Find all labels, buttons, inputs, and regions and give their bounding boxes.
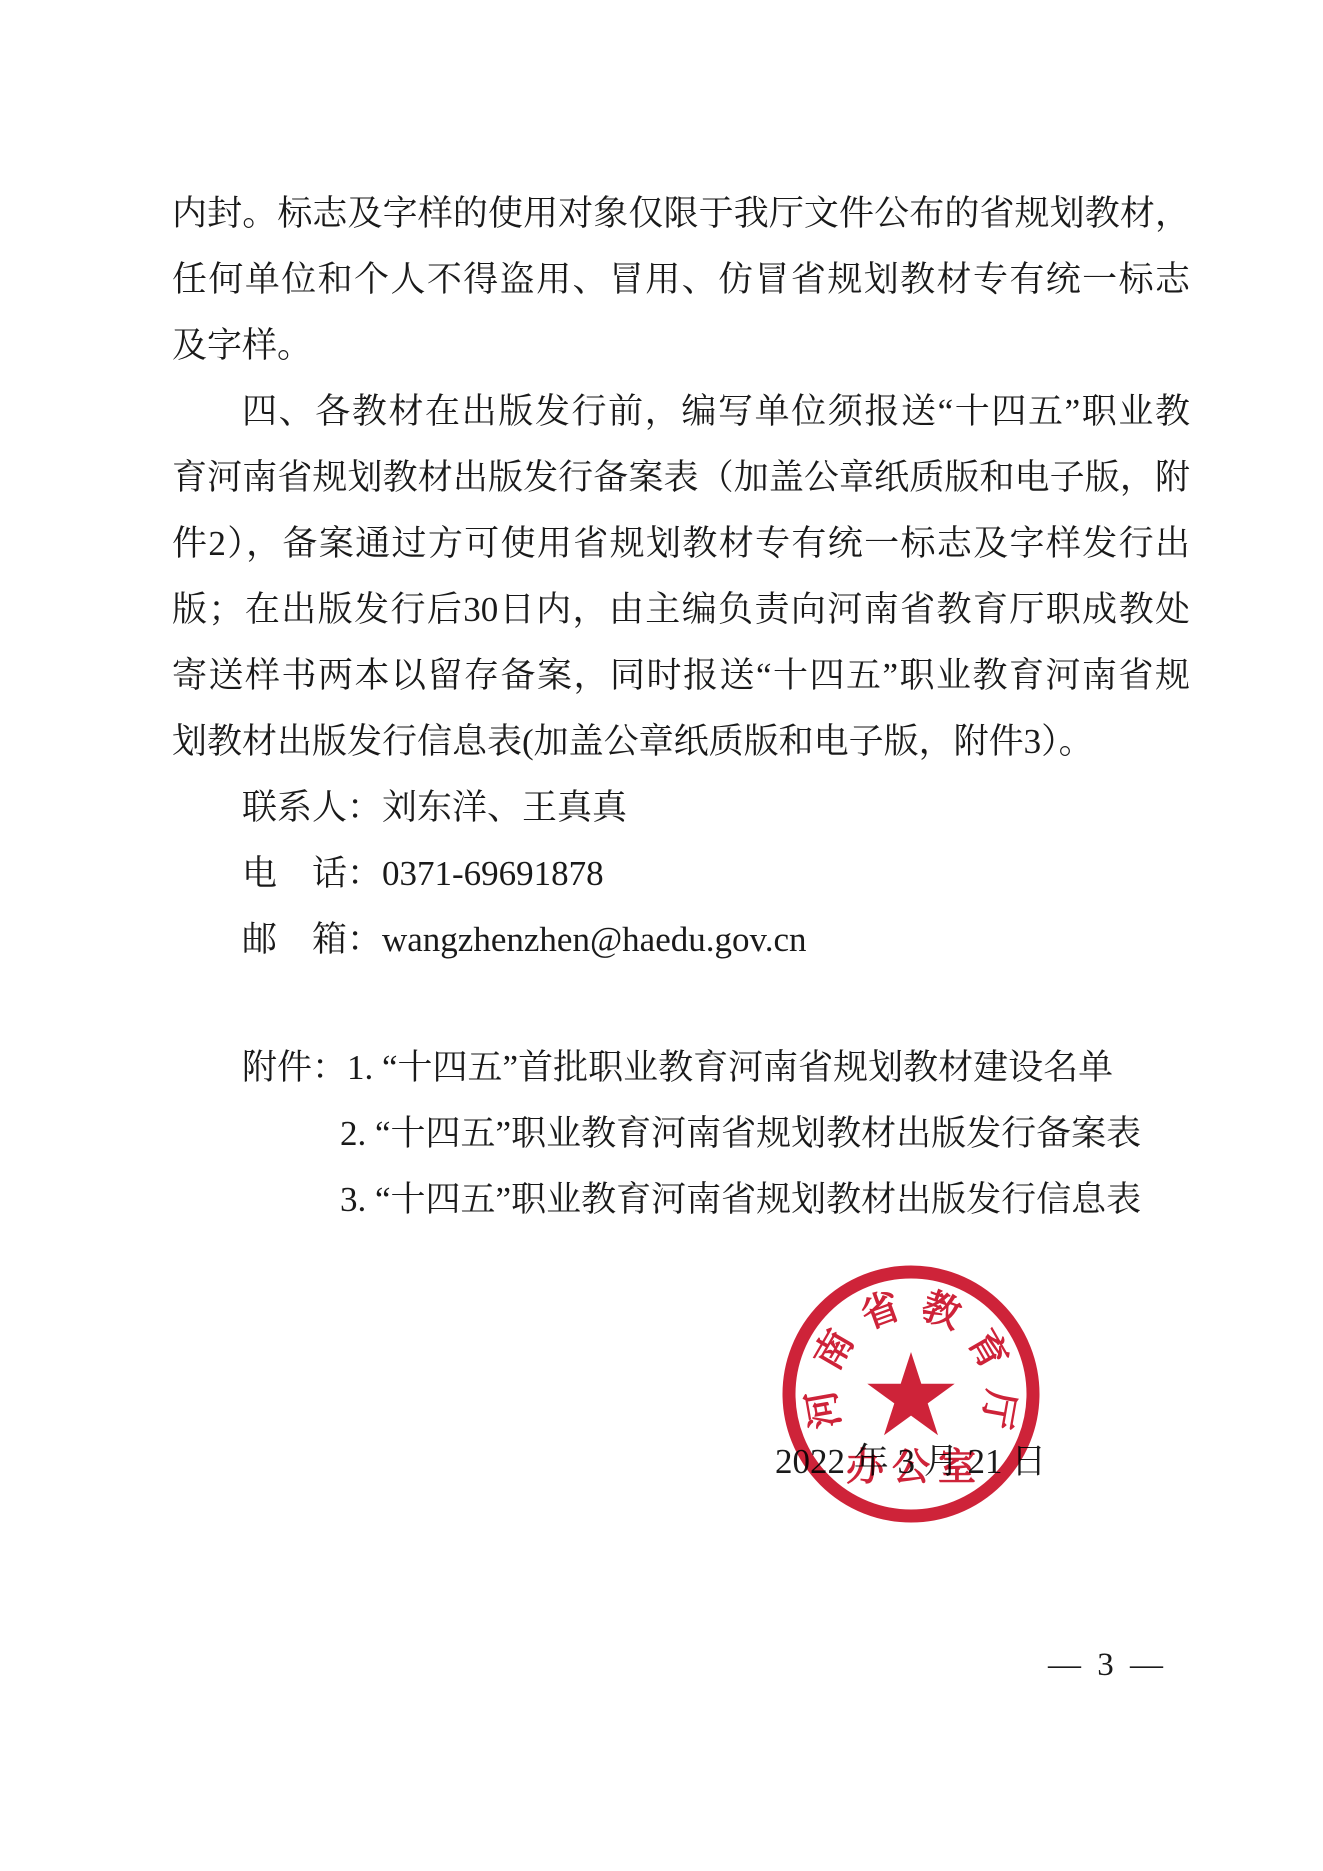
seal-office-text: 办公室 (846, 1447, 984, 1489)
body-text: 内封。标志及字样的使用对象仅限于我厅文件公布的省规划教材，任何单位和个人不得盗用… (172, 181, 1190, 973)
body-line: 寄送样书两本以留存备案，同时报送“十四五”职业教育河南省规 (172, 643, 1190, 709)
attachments-list: 附件：1. “十四五”首批职业教育河南省规划教材建设名单2. “十四五”职业教育… (172, 1035, 1190, 1233)
body-line: 件2），备案通过方可使用省规划教材专有统一标志及字样发行出 (172, 511, 1190, 577)
body-line: 育河南省规划教材出版发行备案表（加盖公章纸质版和电子版，附 (172, 445, 1190, 511)
page-number: — 3 — (1048, 1640, 1167, 1690)
body-line: 版；在出版发行后30日内，由主编负责向河南省教育厅职成教处 (172, 577, 1190, 643)
attachment-line: 2. “十四五”职业教育河南省规划教材出版发行备案表 (172, 1101, 1190, 1167)
seal-arc-char: 河 (800, 1387, 848, 1432)
contact-line: 电 话：0371-69691878 (172, 841, 1190, 907)
seal-star (867, 1352, 954, 1435)
seal-arc-char: 教 (916, 1285, 967, 1338)
body-line: 划教材出版发行信息表(加盖公章纸质版和电子版，附件3）。 (172, 709, 1190, 775)
seal-arc-char: 省 (856, 1285, 906, 1337)
contact-line: 联系人：刘东洋、王真真 (172, 775, 1190, 841)
body-line: 四、各教材在出版发行前，编写单位须报送“十四五”职业教 (172, 379, 1190, 445)
seal-arc-char: 南 (807, 1323, 862, 1377)
contact-line: 邮 箱：wangzhenzhen@haedu.gov.cn (172, 907, 1190, 973)
document-page: 内封。标志及字样的使用对象仅限于我厅文件公布的省规划教材，任何单位和个人不得盗用… (0, 0, 1323, 1871)
seal-arc-char: 育 (960, 1323, 1015, 1377)
body-line: 任何单位和个人不得盗用、冒用、仿冒省规划教材专有统一标志 (172, 247, 1190, 313)
body-line: 及字样。 (172, 313, 1190, 379)
body-line: 内封。标志及字样的使用对象仅限于我厅文件公布的省规划教材， (172, 181, 1190, 247)
attachment-line: 附件：1. “十四五”首批职业教育河南省规划教材建设名单 (172, 1035, 1190, 1101)
seal-arc-char: 厅 (974, 1387, 1022, 1432)
attachment-line: 3. “十四五”职业教育河南省规划教材出版发行信息表 (172, 1167, 1190, 1233)
official-seal: 河 南 省 教 育 厅 办公室 (776, 1259, 1046, 1529)
